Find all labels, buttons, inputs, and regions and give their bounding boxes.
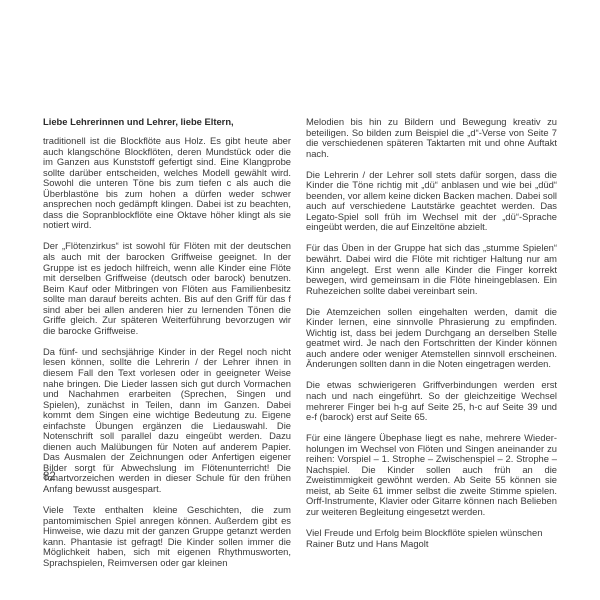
left-column: Liebe Lehrerinnen und Lehrer, liebe Elte…	[43, 117, 291, 568]
signoff: Viel Freude und Erfolg beim Blockflöte s…	[306, 528, 557, 549]
paragraph-practice-phase: Für eine längere Übephase liegt es nahe,…	[306, 433, 557, 517]
page-number: 82	[43, 471, 56, 483]
paragraph-silent-play: Für das Üben in der Gruppe hat sich das …	[306, 243, 557, 296]
paragraph-fingering-transitions: Die etwas schwierigeren Griffverbindunge…	[306, 380, 557, 422]
right-column: Melodien bis hin zu Bildern und Bewegung…	[306, 117, 557, 549]
paragraph-breathing: Die Atemzeichen sollen eingehalten werde…	[306, 307, 557, 370]
paragraph-stories: Viele Texte enthalten kleine Geschichten…	[43, 505, 291, 568]
paragraph-articulation: Die Lehrerin / der Lehrer soll stets daf…	[306, 170, 557, 233]
paragraph-recorder-material: traditionell ist die Blockflöte aus Holz…	[43, 136, 291, 231]
paragraph-fingering: Der „Flötenzirkus“ ist sowohl für Flöten…	[43, 241, 291, 336]
paragraph-melodies: Melodien bis hin zu Bildern und Bewegung…	[306, 117, 557, 159]
signoff-authors: Rainer Butz und Hans Magolt	[306, 539, 557, 550]
paragraph-young-children: Da fünf- und sechsjährige Kinder in der …	[43, 347, 291, 495]
salutation-heading: Liebe Lehrerinnen und Lehrer, liebe Elte…	[43, 117, 291, 128]
signoff-wishes: Viel Freude und Erfolg beim Blockflöte s…	[306, 528, 557, 539]
